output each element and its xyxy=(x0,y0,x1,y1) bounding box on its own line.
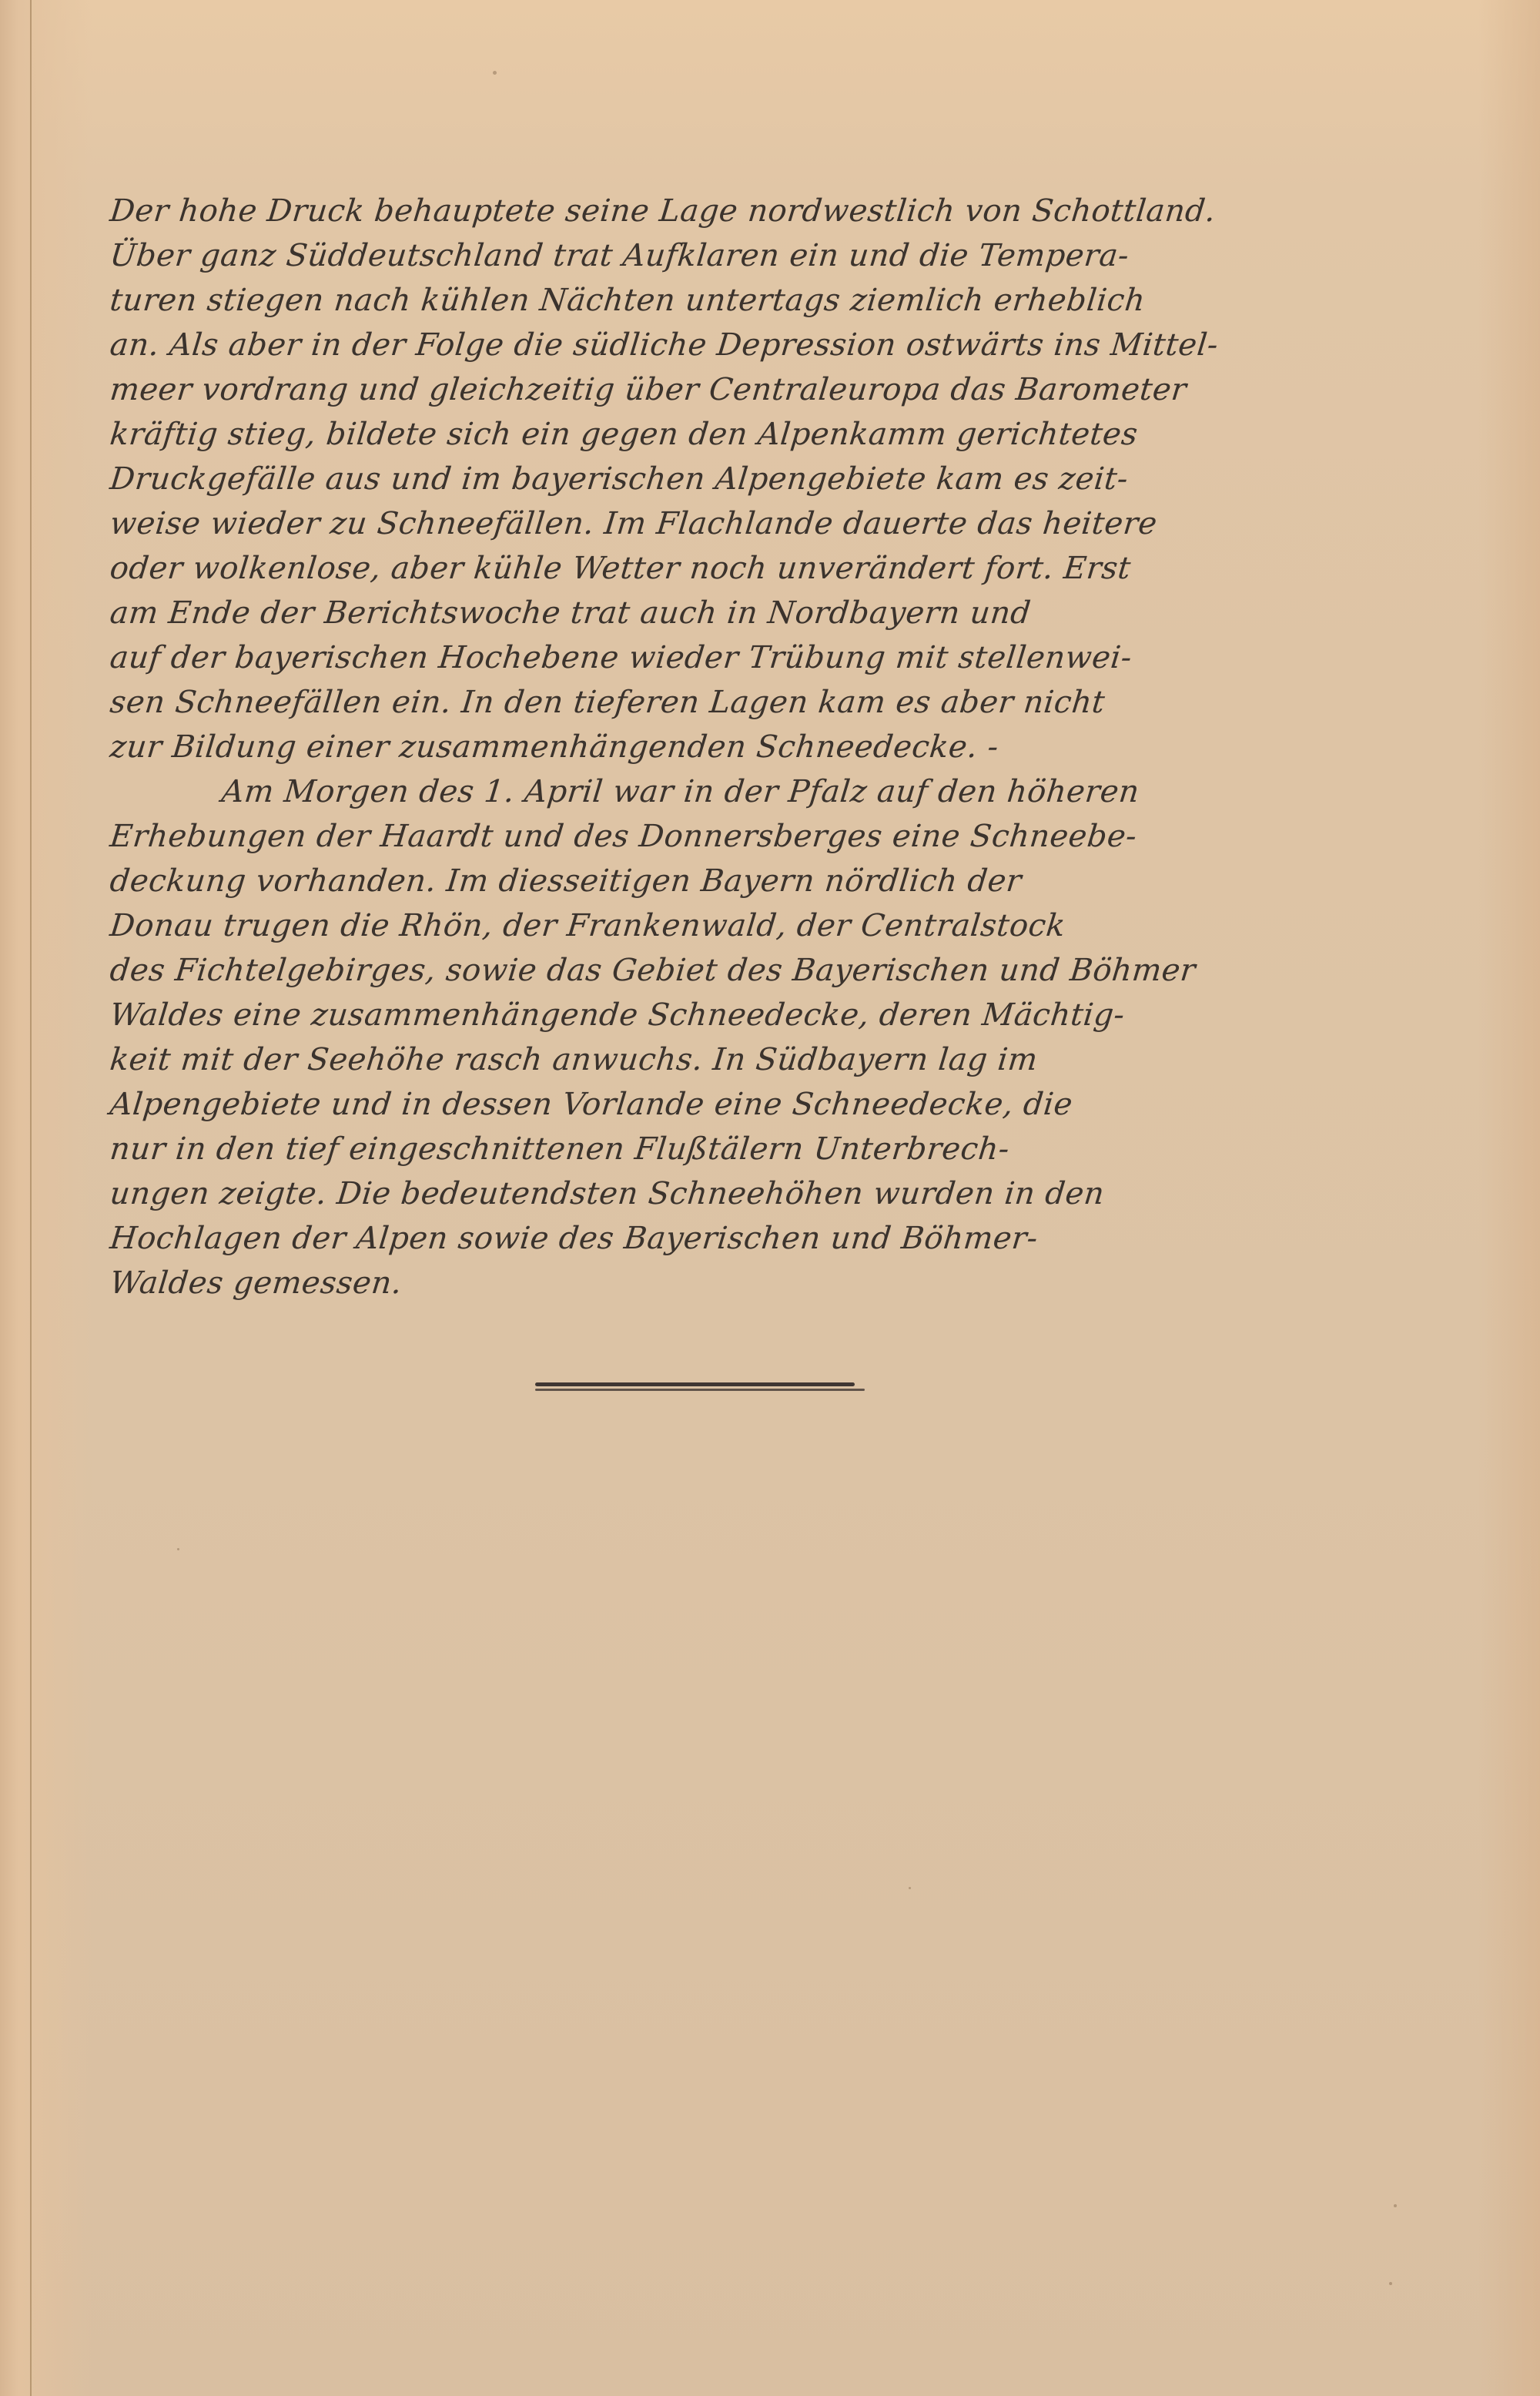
text-line: Waldes gemessen. xyxy=(108,1261,1506,1305)
text-line: am Ende der Berichtswoche trat auch in N… xyxy=(108,591,1506,635)
text-line: Erhebungen der Haardt und des Donnersber… xyxy=(108,814,1506,859)
text-line: sen Schneefällen ein. In den tieferen La… xyxy=(108,680,1506,725)
text-line: meer vordrang und gleichzeitig über Cent… xyxy=(108,367,1506,412)
text-line: turen stiegen nach kühlen Nächten untert… xyxy=(108,278,1506,323)
paper-speck xyxy=(493,71,497,75)
text-line: Hochlagen der Alpen sowie des Bayerische… xyxy=(108,1216,1506,1261)
text-line: ungen zeigte. Die bedeutendsten Schneehö… xyxy=(108,1171,1506,1216)
text-line: zur Bildung einer zusammenhängenden Schn… xyxy=(108,725,1506,769)
paragraph-2: Am Morgen des 1. April war in der Pfalz … xyxy=(108,769,1501,1305)
handwritten-document-body: Der hohe Druck behauptete seine Lage nor… xyxy=(108,189,1501,1305)
text-line: oder wolkenlose, aber kühle Wetter noch … xyxy=(108,546,1506,591)
text-line: deckung vorhanden. Im diesseitigen Bayer… xyxy=(108,859,1506,903)
paper-speck xyxy=(1389,2282,1392,2285)
text-line: Am Morgen des 1. April war in der Pfalz … xyxy=(108,769,1506,814)
text-line: Der hohe Druck behauptete seine Lage nor… xyxy=(108,189,1506,233)
text-line: des Fichtelgebirges, sowie das Gebiet de… xyxy=(108,948,1506,993)
text-line: nur in den tief eingeschnittenen Flußtäl… xyxy=(108,1127,1506,1171)
text-line: Waldes eine zusammenhängende Schneedecke… xyxy=(108,993,1506,1037)
divider-rule-top xyxy=(535,1382,855,1386)
text-line: Über ganz Süddeutschland trat Aufklaren … xyxy=(108,233,1506,278)
text-line: auf der bayerischen Hochebene wieder Trü… xyxy=(108,635,1506,680)
text-line: kräftig stieg, bildete sich ein gegen de… xyxy=(108,412,1506,457)
paper-speck xyxy=(177,1548,179,1550)
divider-rule-bottom xyxy=(535,1389,865,1391)
text-line: Donau trugen die Rhön, der Frankenwald, … xyxy=(108,903,1506,948)
section-divider xyxy=(535,1382,866,1391)
text-line: Druckgefälle aus und im bayerischen Alpe… xyxy=(108,457,1506,501)
paragraph-1: Der hohe Druck behauptete seine Lage nor… xyxy=(108,189,1501,769)
paper-speck xyxy=(909,1887,911,1889)
text-line: Alpengebiete und in dessen Vorlande eine… xyxy=(108,1082,1506,1127)
text-line: weise wieder zu Schneefällen. Im Flachla… xyxy=(108,501,1506,546)
paper-speck xyxy=(1394,2204,1397,2207)
text-line: keit mit der Seehöhe rasch anwuchs. In S… xyxy=(108,1037,1506,1082)
page-gutter-shadow xyxy=(0,0,92,2396)
text-line: an. Als aber in der Folge die südliche D… xyxy=(108,323,1506,367)
binding-fold-line xyxy=(30,0,32,2396)
